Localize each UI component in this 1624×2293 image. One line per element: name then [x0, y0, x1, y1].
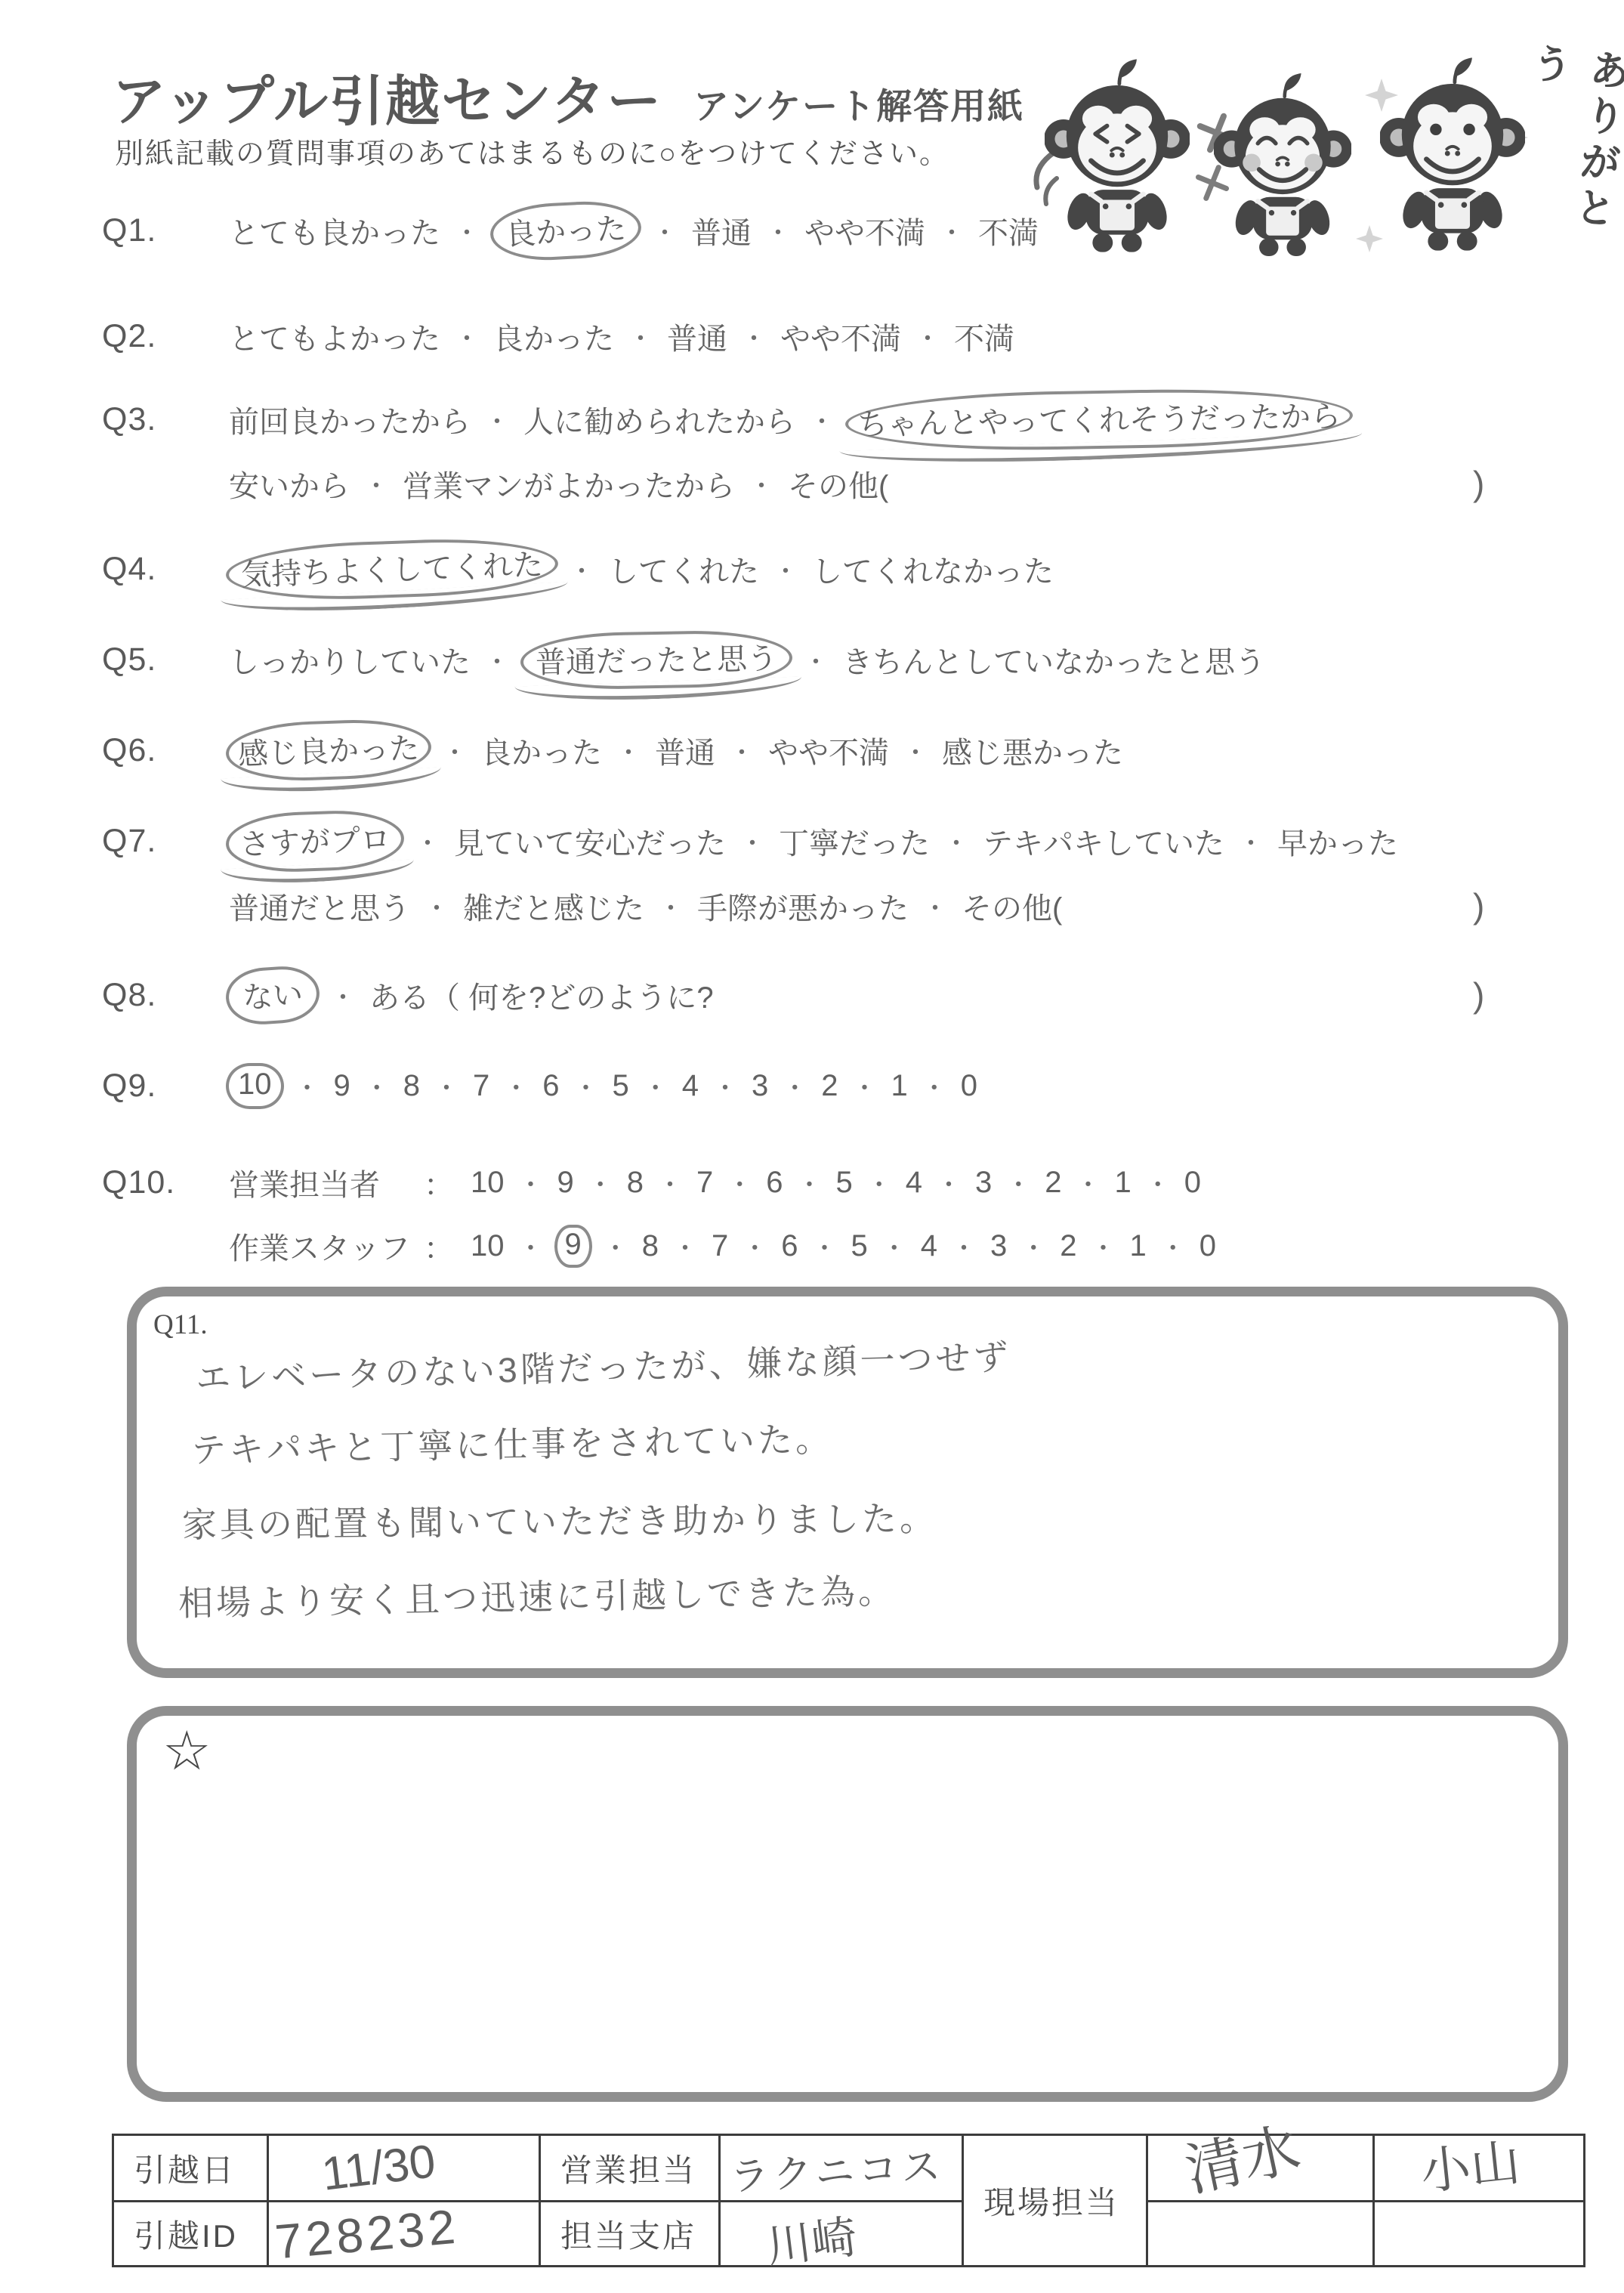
separator-dot: ・	[1160, 1228, 1186, 1265]
survey-sheet: { "header": { "brand": "アップル引越センター", "fo…	[0, 0, 1624, 2293]
separator-dot: ・	[812, 1228, 838, 1265]
separator-dot: ・	[1005, 1164, 1031, 1201]
rating-row-label: 作業スタッフ	[229, 1225, 424, 1268]
score: 9	[334, 1069, 350, 1103]
score: 7	[473, 1069, 489, 1103]
score: 2	[1045, 1166, 1061, 1200]
separator-dot: ・	[434, 1068, 459, 1105]
question-number: Q1.	[102, 212, 229, 249]
memo-box: ☆	[127, 1706, 1568, 2102]
question-number: Q8.	[102, 977, 229, 1014]
score: 8	[403, 1069, 420, 1103]
score: 6	[766, 1166, 783, 1200]
option: 丁寧だった	[779, 820, 930, 863]
question-number: Q7.	[102, 823, 229, 860]
score: 4	[906, 1166, 922, 1200]
monkey-mascot-icon	[1045, 57, 1190, 254]
option: とても良かった	[229, 209, 440, 252]
score: 4	[921, 1229, 937, 1263]
question-number: Q10.	[102, 1164, 229, 1201]
separator-dot: ・	[657, 1164, 683, 1201]
move-id-value-handwritten: 728232	[273, 2198, 461, 2270]
question-q1-row: Q1. とても良かった ・ 良かった ・ 普通 ・ やや不満 ・ 不満	[102, 209, 1039, 252]
question-q8-row: Q8. ない ・ ある（ 何を?どのように? )	[102, 973, 714, 1017]
score: 8	[642, 1229, 659, 1263]
move-date-value-handwritten: 11/30	[319, 2134, 438, 2202]
handwritten-comment-line: エレベータのない3階だったが、嫌な顔一つせず	[195, 1330, 1011, 1401]
separator-dot: ・	[742, 1228, 767, 1265]
site-rep-value-2-cell: 小山	[1374, 2135, 1585, 2202]
separator-dot: ・	[1091, 1228, 1116, 1265]
question-q2-row: Q2. とてもよかった ・ 良かった ・ 普通 ・ やや不満 ・ 不満	[102, 314, 1014, 358]
separator-dot: ・	[295, 1068, 320, 1105]
separator-dot: ・	[773, 551, 798, 588]
separator-dot: ・	[518, 1164, 544, 1201]
score: 1	[891, 1069, 908, 1103]
option-circled: 普通だったと思う	[520, 629, 792, 690]
answer-blank-close-paren: )	[1473, 975, 1484, 1015]
score: 10	[471, 1166, 505, 1200]
separator-dot: ・	[569, 551, 594, 588]
score: 7	[696, 1166, 713, 1200]
score: 9	[557, 1166, 574, 1200]
option-circled: 気持ちよくしてくれた	[225, 535, 559, 603]
option: 見ていて安心だった	[454, 820, 726, 863]
separator-dot: ・	[797, 1164, 823, 1201]
question-q3-row: Q3. 前回良かったから ・ 人に勧められたから ・ ちゃんとやってくれそうだっ…	[102, 397, 1350, 441]
option: 良かった	[493, 315, 614, 358]
sales-rep-label: 営業担当	[540, 2135, 720, 2202]
score: 6	[781, 1229, 798, 1263]
separator-dot: ・	[852, 1068, 878, 1105]
move-date-label: 引越日	[113, 2135, 268, 2202]
option: してくれた	[608, 548, 759, 591]
question-number: Q5.	[102, 641, 229, 678]
sparkle-icon	[1356, 225, 1383, 252]
question-q10-row-1: Q10. 営業担当者 ： 10 ・ 9 ・ 8 ・ 7 ・ 6 ・ 5 ・ 4 …	[102, 1160, 1201, 1204]
option: 前回良かったから	[229, 398, 471, 441]
separator-dot: ・	[1076, 1164, 1101, 1201]
option-circled: 感じ良かった	[225, 717, 433, 783]
option: 良かった	[481, 729, 602, 772]
mascot-monkeys: ありがとう	[1039, 35, 1624, 265]
answer-blank-close-paren: )	[1473, 885, 1484, 926]
option: 不満	[978, 209, 1039, 252]
option: きちんとしていなかったと思う	[842, 638, 1265, 681]
star-icon: ☆	[162, 1719, 211, 1782]
separator-dot: ・	[727, 1164, 752, 1201]
option-circled: 良かった	[489, 198, 643, 262]
option: ある（ 何を?どのように?	[369, 974, 714, 1017]
separator-dot: ・	[739, 823, 765, 860]
score: 0	[1199, 1229, 1216, 1263]
option: 普通だと思う	[229, 885, 410, 928]
separator-dot: ・	[729, 732, 755, 769]
option: 雑だと感じた	[463, 885, 644, 928]
separator-dot: ・	[628, 318, 653, 355]
score: 0	[961, 1069, 977, 1103]
separator-dot: ・	[951, 1228, 977, 1265]
score: 5	[851, 1229, 868, 1263]
separator-dot: ・	[915, 318, 940, 355]
option: 手際が悪かった	[697, 885, 909, 928]
move-id-value-cell: 728232	[268, 2202, 540, 2267]
handwritten-comment-line: テキパキと丁寧に仕事をされていた。	[190, 1412, 833, 1473]
option: やや不満	[768, 729, 889, 772]
score: 0	[1184, 1166, 1201, 1200]
question-number: Q3.	[102, 401, 229, 438]
separator-dot: ・	[765, 212, 791, 249]
separator-dot: ・	[939, 212, 965, 249]
sales-rep-value-cell: ラクニコス	[720, 2135, 963, 2202]
score: 2	[821, 1069, 838, 1103]
score: 4	[682, 1069, 699, 1103]
separator-dot: ・	[936, 1164, 962, 1201]
separator-dot: ・	[803, 641, 829, 678]
option: やや不満	[780, 315, 901, 358]
separator-dot: ・	[454, 212, 480, 249]
separator-dot: ・	[1238, 823, 1264, 860]
question-q9-row: Q9. 10 ・ 9 ・ 8 ・ 7 ・ 6 ・ 5 ・ 4 ・ 3 ・ 2 ・…	[102, 1064, 977, 1108]
brand-title: アップル引越センター	[112, 57, 662, 136]
option: 感じ悪かった	[942, 729, 1123, 772]
separator-dot: ・	[484, 401, 510, 438]
score: 3	[752, 1069, 768, 1103]
separator-dot: ・	[782, 1068, 807, 1105]
question-number: Q11.	[153, 1309, 208, 1341]
thanks-vertical-text: ありがとう	[1499, 40, 1624, 271]
score: 5	[613, 1069, 629, 1103]
option: その他(	[962, 885, 1062, 928]
option: 普通	[655, 729, 715, 772]
separator-dot: ・	[643, 1068, 668, 1105]
score: 5	[836, 1166, 853, 1200]
separator-dot: ・	[881, 1228, 907, 1265]
branch-label: 担当支店	[540, 2202, 720, 2267]
separator-dot: ・	[943, 823, 969, 860]
answer-blank-close-paren: )	[1473, 463, 1484, 504]
separator-dot: ・	[903, 732, 928, 769]
separator-dot: ・	[330, 977, 356, 1014]
separator-dot: ・	[603, 1228, 628, 1265]
site-rep-label: 現場担当	[963, 2135, 1147, 2267]
score-circled: 9	[554, 1225, 592, 1268]
option: 普通	[667, 315, 727, 358]
question-q10-row-2: 作業スタッフ ： 10 ・ 9 ・ 8 ・ 7 ・ 6 ・ 5 ・ 4 ・ 3 …	[229, 1224, 1216, 1268]
separator-dot: ・	[363, 465, 389, 502]
separator-dot: ・	[503, 1068, 529, 1105]
score: 6	[542, 1069, 559, 1103]
option: 早かった	[1277, 820, 1398, 863]
option: その他(	[788, 462, 888, 505]
handwritten-comment-line: 相場より安く且つ迅速に引越しできた為。	[178, 1564, 896, 1627]
score: 3	[990, 1229, 1007, 1263]
score: 2	[1060, 1229, 1076, 1263]
option: 安いから	[229, 462, 350, 505]
separator-dot: ・	[588, 1164, 613, 1201]
footer-table: 引越日 11/30 営業担当 ラクニコス 現場担当 清水 小山 引越ID 728…	[112, 2134, 1585, 2267]
site-rep-value-1-handwritten: 清水	[1177, 2103, 1306, 2207]
option: 普通	[691, 209, 752, 252]
monkey-mascot-icon	[1214, 71, 1351, 258]
separator-dot: ・	[1145, 1164, 1171, 1201]
option: やや不満	[804, 209, 925, 252]
move-id-label: 引越ID	[113, 2202, 268, 2267]
separator-dot: ・	[712, 1068, 738, 1105]
separator-dot: ・	[652, 212, 678, 249]
question-q7-row: Q7. さすがプロ ・ 見ていて安心だった ・ 丁寧だった ・ テキパキしていた…	[102, 819, 1398, 863]
separator-dot: ・	[442, 732, 468, 769]
question-number: Q2.	[102, 318, 229, 355]
separator-dot: ・	[424, 888, 449, 925]
separator-dot: ・	[658, 888, 684, 925]
separator-dot: ・	[616, 732, 641, 769]
option: 営業マンがよかったから	[403, 462, 735, 505]
option: とてもよかった	[229, 315, 440, 358]
option-circled: ちゃんとやってくれそうだったから	[844, 386, 1353, 453]
question-number: Q9.	[102, 1068, 229, 1105]
branch-value-cell: 川崎	[720, 2202, 963, 2267]
rating-row-label: 営業担当者	[229, 1161, 424, 1204]
score-circled: 10	[226, 1063, 284, 1109]
separator-dot: ・	[573, 1068, 599, 1105]
empty-cell	[1147, 2202, 1374, 2267]
separator-dot: ・	[1020, 1228, 1046, 1265]
question-q3-row-2: 安いから ・ 営業マンがよかったから ・ その他( )	[229, 462, 888, 505]
handwritten-comment-line: 家具の配置も聞いていただき助かりました。	[182, 1491, 938, 1548]
form-title: アンケート解答用紙	[693, 79, 1024, 129]
instruction-text: 別紙記載の質問事項のあてはまるものに○をつけてください。	[115, 130, 949, 172]
site-rep-value-2-handwritten: 小山	[1416, 2121, 1523, 2203]
separator-dot: ・	[364, 1068, 390, 1105]
question-number: Q4.	[102, 551, 229, 588]
question-q5-row: Q5. しっかりしていた ・ 普通だったと思う ・ きちんとしていなかったと思う	[102, 638, 1265, 681]
separator-dot: ・	[484, 641, 510, 678]
option-circled: さすがプロ	[225, 808, 406, 873]
colon: ：	[424, 1225, 454, 1268]
separator-dot: ・	[672, 1228, 698, 1265]
score: 3	[975, 1166, 992, 1200]
question-q4-row: Q4. 気持ちよくしてくれた ・ してくれた ・ してくれなかった	[102, 547, 1054, 591]
score: 1	[1130, 1229, 1147, 1263]
separator-dot: ・	[922, 1068, 947, 1105]
question-q6-row: Q6. 感じ良かった ・ 良かった ・ 普通 ・ やや不満 ・ 感じ悪かった	[102, 728, 1123, 772]
separator-dot: ・	[749, 465, 774, 502]
option: 人に勧められたから	[523, 398, 795, 441]
separator-dot: ・	[866, 1164, 892, 1201]
empty-cell	[1374, 2202, 1585, 2267]
score: 7	[712, 1229, 728, 1263]
option: 不満	[954, 315, 1014, 358]
separator-dot: ・	[922, 888, 948, 925]
site-rep-value-1-cell: 清水	[1147, 2135, 1374, 2202]
separator-dot: ・	[809, 401, 835, 438]
branch-value-handwritten: 川崎	[762, 2201, 860, 2276]
q11-comment-box: Q11. エレベータのない3階だったが、嫌な顔一つせず テキパキと丁寧に仕事をさ…	[127, 1287, 1568, 1678]
separator-dot: ・	[741, 318, 767, 355]
score: 1	[1115, 1166, 1132, 1200]
question-q7-row-2: 普通だと思う ・ 雑だと感じた ・ 手際が悪かった ・ その他( )	[229, 884, 1062, 928]
sales-rep-value-handwritten: ラクニコス	[728, 2134, 946, 2202]
separator-dot: ・	[415, 823, 440, 860]
score: 8	[627, 1166, 644, 1200]
move-date-value-cell: 11/30	[268, 2135, 540, 2202]
colon: ：	[424, 1161, 454, 1204]
separator-dot: ・	[454, 318, 480, 355]
score: 10	[471, 1229, 505, 1263]
question-number: Q6.	[102, 732, 229, 769]
option-circled: ない	[224, 963, 322, 1026]
separator-dot: ・	[518, 1228, 544, 1265]
option: しっかりしていた	[229, 638, 471, 681]
option: してくれなかった	[812, 548, 1054, 591]
option: テキパキしていた	[983, 820, 1224, 863]
